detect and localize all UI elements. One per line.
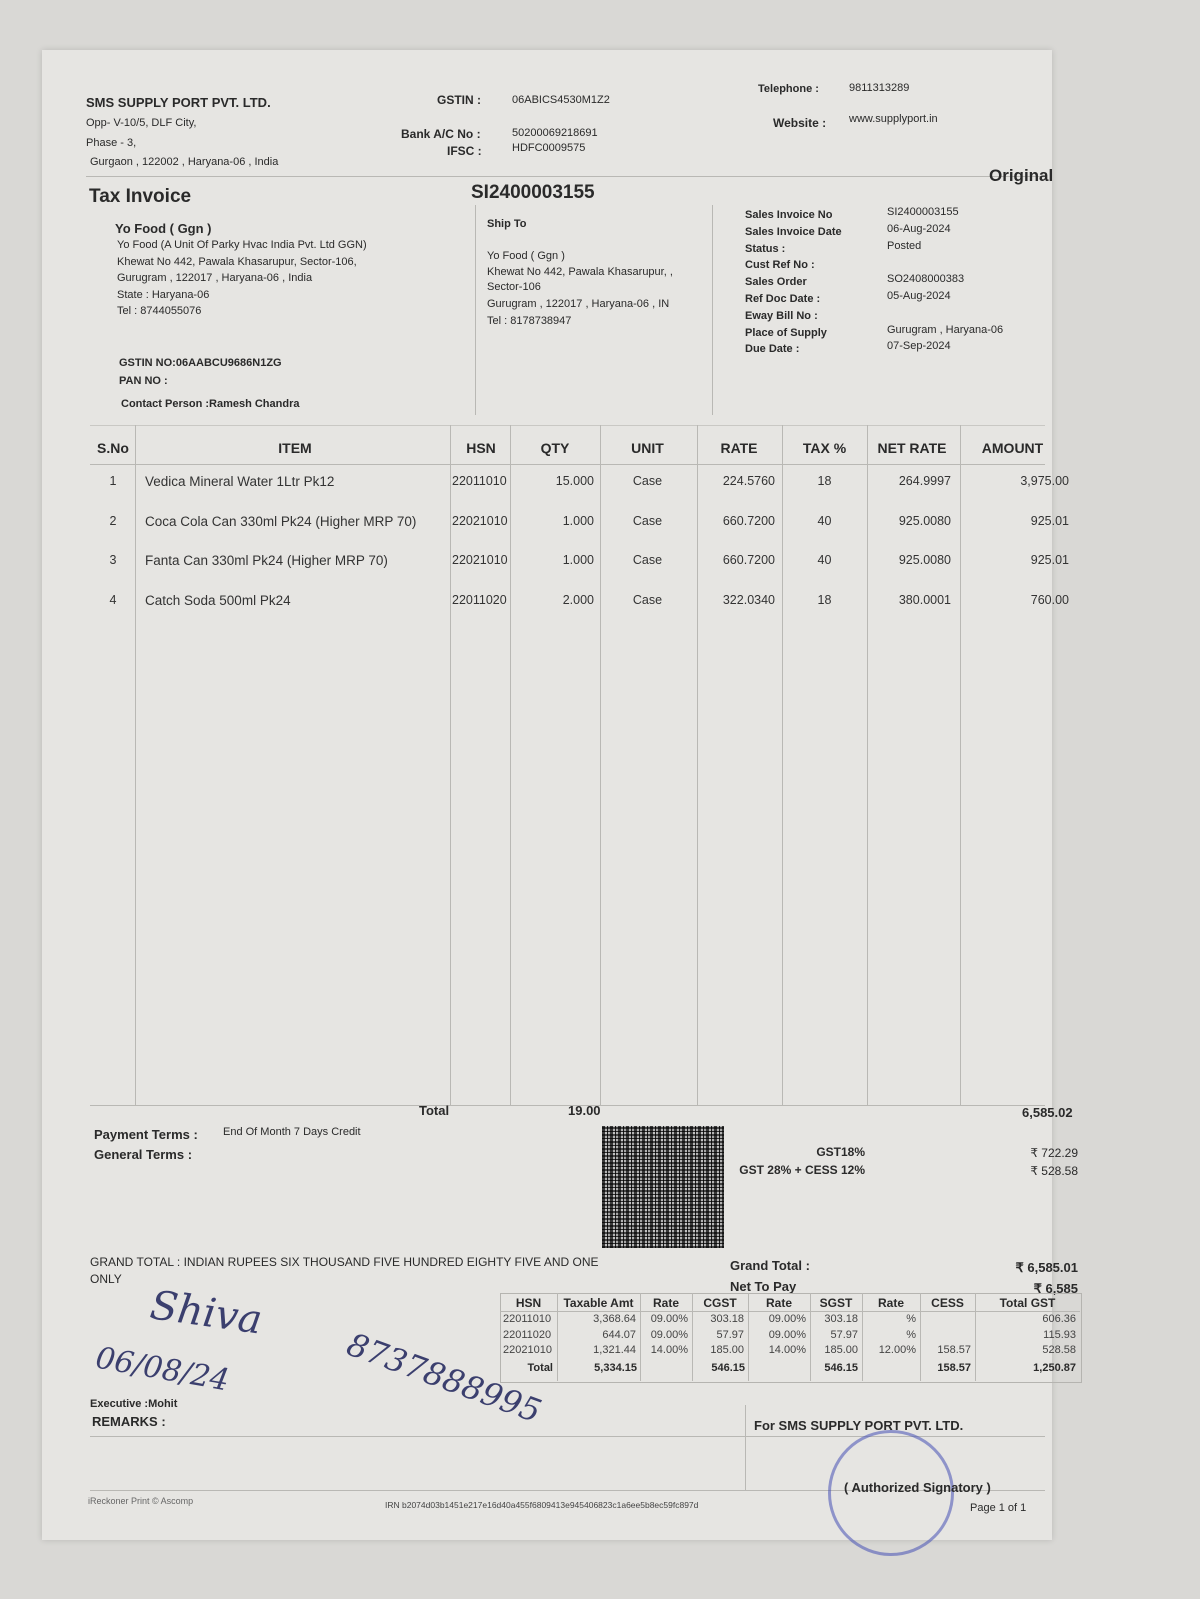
bill-to-gstin: GSTIN NO:06AABCU9686N1ZG <box>119 357 282 369</box>
seller-address-line-2: Phase - 3, <box>86 137 136 149</box>
page-number: Page 1 of 1 <box>970 1502 1026 1514</box>
hsn-cell: 1,321.44 <box>560 1344 636 1356</box>
hsn-column-header: Rate <box>640 1296 692 1310</box>
table-cell: 925.01 <box>960 514 1075 528</box>
meta-label: Sales Invoice Date <box>745 226 842 238</box>
table-cell: 1 <box>92 474 134 488</box>
hsn-cell: 303.18 <box>695 1313 744 1325</box>
document-title: Tax Invoice <box>89 186 191 208</box>
grand-total-label: Grand Total : <box>730 1258 810 1273</box>
divider <box>920 1293 921 1381</box>
hsn-total-label: Total <box>500 1362 553 1374</box>
divider <box>810 1293 811 1381</box>
qr-code <box>602 1126 724 1248</box>
bank-value: 50200069218691 <box>512 127 598 139</box>
telephone-value: 9811313289 <box>849 82 909 94</box>
table-cell: Case <box>600 593 695 607</box>
hsn-cell: 09.00% <box>643 1329 688 1341</box>
column-header: HSN <box>452 440 510 456</box>
column-header: AMOUNT <box>960 440 1065 456</box>
payment-terms-label: Payment Terms : <box>94 1127 198 1142</box>
tax-summary-label: GST18% <box>730 1145 865 1159</box>
grand-total-words: GRAND TOTAL : INDIAN RUPEES SIX THOUSAND… <box>90 1255 599 1269</box>
table-cell: 22011010 <box>452 474 512 488</box>
ifsc-label: IFSC : <box>447 144 482 158</box>
meta-label: Due Date : <box>745 343 799 355</box>
hsn-column-header: Taxable Amt <box>557 1296 640 1310</box>
tax-summary-label: GST 28% + CESS 12% <box>710 1163 865 1177</box>
hsn-total-taxable: 5,334.15 <box>560 1362 637 1374</box>
hsn-cell: 09.00% <box>643 1313 688 1325</box>
gstin-value: 06ABICS4530M1Z2 <box>512 94 610 106</box>
hsn-cell: 22021010 <box>503 1344 553 1356</box>
meta-value: 05-Aug-2024 <box>887 290 951 302</box>
bank-label: Bank A/C No : <box>401 127 481 141</box>
meta-value: 06-Aug-2024 <box>887 223 951 235</box>
table-cell: Case <box>600 514 695 528</box>
ship-to-line: Tel : 8178738947 <box>487 315 571 327</box>
payment-terms-value: End Of Month 7 Days Credit <box>223 1126 361 1138</box>
copy-label: Original <box>989 166 1053 186</box>
hsn-cell: 185.00 <box>813 1344 858 1356</box>
meta-label: Eway Bill No : <box>745 310 818 322</box>
hsn-column-header: HSN <box>500 1296 557 1310</box>
hsn-cell: 22011010 <box>503 1313 553 1325</box>
column-header: RATE <box>697 440 781 456</box>
table-cell: 1.000 <box>510 514 600 528</box>
for-company: For SMS SUPPLY PORT PVT. LTD. <box>754 1418 963 1433</box>
software-credit: iReckoner Print © Ascomp <box>88 1496 193 1506</box>
hsn-cell: 303.18 <box>813 1313 858 1325</box>
table-cell: Catch Soda 500ml Pk24 <box>145 593 445 608</box>
ship-to-line: Yo Food ( Ggn ) <box>487 250 565 262</box>
hsn-cell: 158.57 <box>923 1344 971 1356</box>
hsn-total-gst: 1,250.87 <box>978 1362 1076 1374</box>
hsn-cell: 12.00% <box>865 1344 916 1356</box>
meta-label: Cust Ref No : <box>745 259 815 271</box>
hsn-cell: % <box>865 1329 916 1341</box>
table-cell: Case <box>600 553 695 567</box>
bill-to-line: State : Haryana-06 <box>117 289 209 301</box>
tax-summary-value: ₹ 722.29 <box>960 1146 1078 1160</box>
bill-to-line: Khewat No 442, Pawala Khasarupur, Sector… <box>117 256 357 268</box>
remarks-label: REMARKS : <box>92 1414 166 1429</box>
hsn-column-header: Rate <box>862 1296 920 1310</box>
hsn-column-header: Rate <box>748 1296 810 1310</box>
column-header: ITEM <box>145 440 445 456</box>
table-cell: 660.7200 <box>697 553 781 567</box>
table-cell: 3,975.00 <box>960 474 1075 488</box>
table-cell: 15.000 <box>510 474 600 488</box>
table-cell: 22021010 <box>452 553 512 567</box>
table-cell: 22011020 <box>452 593 512 607</box>
bill-to-line: Gurugram , 122017 , Haryana-06 , India <box>117 272 312 284</box>
net-to-pay-label: Net To Pay <box>730 1279 796 1294</box>
hsn-cell: 57.97 <box>695 1329 744 1341</box>
table-cell: 322.0340 <box>697 593 781 607</box>
total-qty: 19.00 <box>568 1103 601 1118</box>
hsn-cell: 09.00% <box>751 1329 806 1341</box>
table-cell: 925.01 <box>960 553 1075 567</box>
hsn-cell: % <box>865 1313 916 1325</box>
table-cell: 2 <box>92 514 134 528</box>
website-label: Website : <box>773 116 826 130</box>
column-header: NET RATE <box>867 440 957 456</box>
ifsc-value: HDFC0009575 <box>512 142 585 154</box>
column-header: UNIT <box>600 440 695 456</box>
hsn-cell: 3,368.64 <box>560 1313 636 1325</box>
divider <box>640 1293 641 1381</box>
divider <box>500 1311 1080 1312</box>
hsn-column-header: CESS <box>920 1296 975 1310</box>
table-cell: Case <box>600 474 695 488</box>
hsn-total-sgst: 546.15 <box>813 1362 858 1374</box>
meta-label: Sales Order <box>745 276 807 288</box>
bill-to-pan: PAN NO : <box>119 375 168 387</box>
table-cell: Fanta Can 330ml Pk24 (Higher MRP 70) <box>145 553 445 568</box>
hsn-column-header: Total GST <box>975 1296 1080 1310</box>
meta-value: 07-Sep-2024 <box>887 340 951 352</box>
hsn-cell: 09.00% <box>751 1313 806 1325</box>
column-header: TAX % <box>782 440 867 456</box>
general-terms-label: General Terms : <box>94 1147 192 1162</box>
table-cell: 925.0080 <box>867 553 957 567</box>
bill-to-line: Yo Food (A Unit Of Parky Hvac India Pvt.… <box>117 239 367 251</box>
meta-label: Sales Invoice No <box>745 209 832 221</box>
column-header: S.No <box>92 440 134 456</box>
table-cell: Coca Cola Can 330ml Pk24 (Higher MRP 70) <box>145 514 445 529</box>
seller-name: SMS SUPPLY PORT PVT. LTD. <box>86 95 271 110</box>
ship-to-line: Gurugram , 122017 , Haryana-06 , IN <box>487 298 669 310</box>
irn: IRN b2074d03b1451e217e16d40a455f6809413e… <box>385 1500 698 1510</box>
table-cell: 3 <box>92 553 134 567</box>
table-cell: 2.000 <box>510 593 600 607</box>
hsn-column-header: SGST <box>810 1296 862 1310</box>
table-cell: 224.5760 <box>697 474 781 488</box>
meta-value: SO2408000383 <box>887 273 964 285</box>
hsn-cell: 185.00 <box>695 1344 744 1356</box>
divider <box>862 1293 863 1381</box>
hsn-cell: 14.00% <box>751 1344 806 1356</box>
website-value[interactable]: www.supplyport.in <box>849 113 938 125</box>
hsn-total-cess: 158.57 <box>923 1362 971 1374</box>
table-cell: 1.000 <box>510 553 600 567</box>
bill-to-contact: Contact Person :Ramesh Chandra <box>121 398 299 410</box>
executive: Executive :Mohit <box>90 1398 177 1410</box>
gstin-label: GSTIN : <box>437 93 481 107</box>
total-amount: 6,585.02 <box>1022 1105 1073 1120</box>
table-cell: 4 <box>92 593 134 607</box>
table-cell: 760.00 <box>960 593 1075 607</box>
tax-summary-value: ₹ 528.58 <box>960 1164 1078 1178</box>
divider <box>748 1293 749 1381</box>
divider <box>557 1293 558 1381</box>
telephone-label: Telephone : <box>758 83 819 95</box>
bill-to-name: Yo Food ( Ggn ) <box>115 221 212 236</box>
table-cell: 660.7200 <box>697 514 781 528</box>
hsn-cell: 22011020 <box>503 1329 553 1341</box>
meta-label: Place of Supply <box>745 327 827 339</box>
ship-to-label: Ship To <box>487 218 527 230</box>
table-cell: 18 <box>782 474 867 488</box>
ship-to-line: Sector-106 <box>487 281 541 293</box>
seller-address-line-3: Gurgaon , 122002 , Haryana-06 , India <box>90 156 278 168</box>
divider <box>975 1293 976 1381</box>
meta-label: Ref Doc Date : <box>745 293 820 305</box>
hsn-cell: 644.07 <box>560 1329 636 1341</box>
ship-to-line: Khewat No 442, Pawala Khasarupur, , <box>487 266 673 278</box>
table-cell: 40 <box>782 553 867 567</box>
meta-value: Posted <box>887 240 921 252</box>
table-cell: 925.0080 <box>867 514 957 528</box>
document-number: SI2400003155 <box>471 182 595 204</box>
hsn-total-cgst: 546.15 <box>695 1362 745 1374</box>
table-cell: Vedica Mineral Water 1Ltr Pk12 <box>145 474 445 489</box>
table-cell: 18 <box>782 593 867 607</box>
grand-total-value: ₹ 6,585.01 <box>950 1260 1078 1276</box>
seller-address-line-1: Opp- V-10/5, DLF City, <box>86 117 196 129</box>
table-cell: 264.9997 <box>867 474 957 488</box>
hsn-column-header: CGST <box>692 1296 748 1310</box>
bill-to-line: Tel : 8744055076 <box>117 305 201 317</box>
table-cell: 40 <box>782 514 867 528</box>
hsn-cell: 57.97 <box>813 1329 858 1341</box>
meta-value: Gurugram , Haryana-06 <box>887 324 1003 336</box>
authorized-signatory: ( Authorized Signatory ) <box>844 1480 991 1495</box>
divider <box>692 1293 693 1381</box>
total-label: Total <box>419 1103 449 1118</box>
table-cell: 380.0001 <box>867 593 957 607</box>
column-header: QTY <box>510 440 600 456</box>
meta-value: SI2400003155 <box>887 206 959 218</box>
table-cell: 22021010 <box>452 514 512 528</box>
meta-label: Status : <box>745 243 785 255</box>
hsn-cell: 115.93 <box>978 1329 1076 1341</box>
hsn-cell: 528.58 <box>978 1344 1076 1356</box>
hsn-cell: 14.00% <box>643 1344 688 1356</box>
hsn-cell: 606.36 <box>978 1313 1076 1325</box>
grand-total-words-2: ONLY <box>90 1272 122 1286</box>
